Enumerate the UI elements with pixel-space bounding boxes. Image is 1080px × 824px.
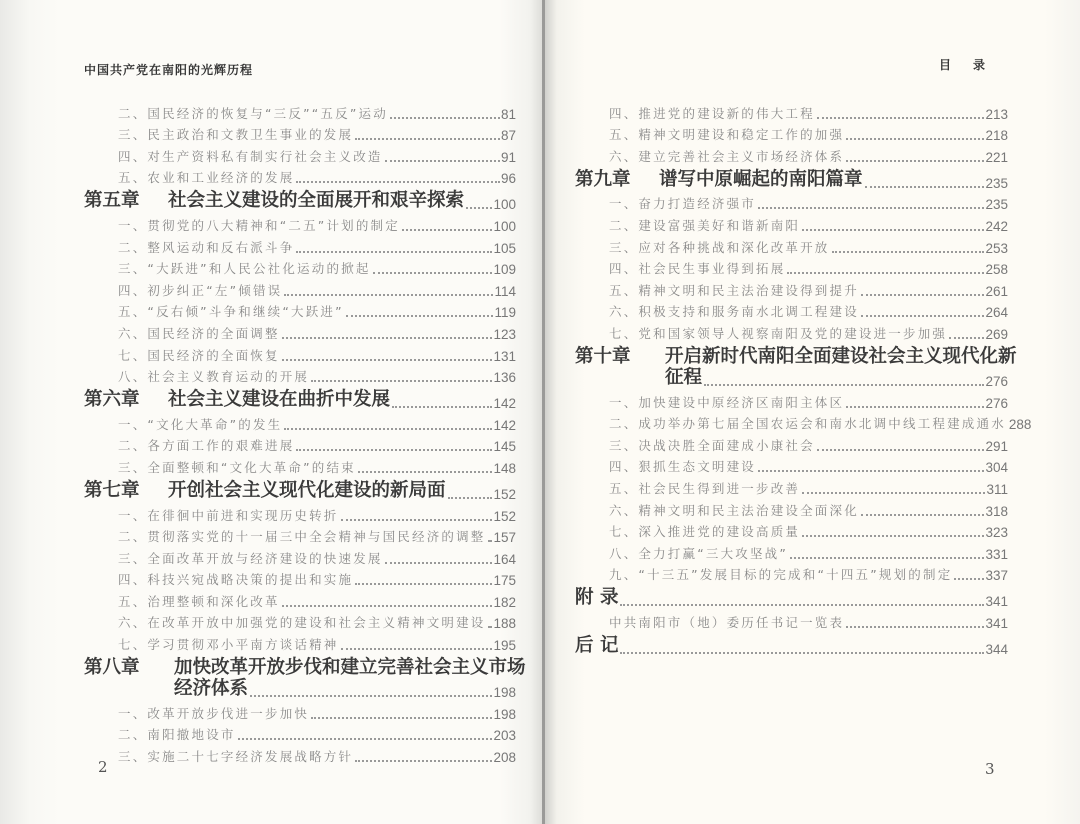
- page-ref: 269: [985, 327, 1008, 342]
- page-ref: 152: [493, 509, 516, 524]
- toc-section-entry: 五、精神文明建设和稳定工作的加强218: [575, 122, 1008, 144]
- toc-section-entry: 三、全面改革开放与经济建设的快速发展164: [84, 545, 516, 567]
- chapter-title-line1: 开启新时代南阳全面建设社会主义现代化新: [665, 346, 1017, 367]
- dot-leader: [787, 271, 984, 274]
- section-title: 一、贯彻党的八大精神和“二五”计划的制定: [118, 216, 400, 234]
- section-title: 一、奋力打造经济强市: [609, 194, 756, 212]
- page-ref: 208: [493, 750, 516, 765]
- toc-section-entry: 七、深入推进党的建设高质量323: [575, 519, 1008, 541]
- toc-section-entry: 一、“文化大革命”的发生142: [84, 411, 516, 433]
- page-ref: 276: [985, 396, 1008, 411]
- toc-section-entry: 三、“大跃进”和人民公社化运动的掀起109: [84, 256, 516, 278]
- section-title: 三、“大跃进”和人民公社化运动的掀起: [118, 259, 371, 277]
- dot-leader: [390, 116, 500, 119]
- page-ref: 221: [985, 150, 1008, 165]
- dot-leader: [311, 716, 492, 719]
- chapter-number: 第六章: [84, 385, 168, 411]
- page-ref: 131: [493, 349, 516, 364]
- dot-leader: [861, 513, 985, 516]
- dot-leader: [373, 271, 493, 274]
- page-ref: 81: [501, 107, 516, 122]
- toc-section-entry: 三、民主政治和文教卫生事业的发展87: [84, 122, 516, 144]
- toc-section-entry: 五、社会民生得到进一步改善311: [575, 475, 1008, 497]
- toc-section-entry: 一、贯彻党的八大精神和“二五”计划的制定100: [84, 212, 516, 234]
- chapter-heading-line1: 第八章加快改革开放步伐和建立完善社会主义市场: [84, 653, 516, 678]
- section-title: 四、社会民生事业得到拓展: [609, 259, 785, 277]
- dot-leader: [817, 116, 985, 119]
- toc-section-entry: 一、在徘徊中前进和实现历史转折152: [84, 502, 516, 524]
- chapter-heading-line2: 经济体系198: [84, 678, 516, 700]
- page-ref: 105: [493, 241, 516, 256]
- dot-leader: [865, 185, 985, 188]
- section-title: 二、各方面工作的艰难进展: [118, 436, 294, 454]
- section-title: 六、在改革开放中加强党的建设和社会主义精神文明建设: [118, 613, 486, 631]
- toc-section-entry: 六、建立完善社会主义市场经济体系221: [575, 143, 1008, 165]
- dot-leader: [954, 577, 984, 580]
- page-ref: 261: [985, 284, 1008, 299]
- dot-leader: [802, 228, 984, 231]
- dot-leader: [358, 470, 493, 473]
- section-title: 五、精神文明和民主法治建设得到提升: [609, 281, 859, 299]
- page-ref: 96: [501, 171, 516, 186]
- dot-leader: [282, 336, 493, 339]
- page-ref: 288: [1009, 417, 1032, 432]
- chapter-heading: 第六章社会主义建设在曲折中发展: [84, 385, 390, 411]
- dot-leader: [620, 603, 984, 606]
- dot-leader: [790, 556, 984, 559]
- section-title: 四、科技兴宛战略决策的提出和实施: [118, 570, 353, 588]
- page-ref: 235: [985, 176, 1008, 191]
- toc-section-entry: 四、初步纠正“左”倾错误114: [84, 277, 516, 299]
- toc-section-entry: 四、狠抓生态文明建设304: [575, 454, 1008, 476]
- chapter-heading-line2: 征程276: [575, 367, 1008, 389]
- page-ref: 148: [493, 461, 516, 476]
- section-title: 三、实施二十七字经济发展战略方针: [118, 747, 353, 765]
- section-title: 一、“文化大革命”的发生: [118, 415, 282, 433]
- section-title: 六、建立完善社会主义市场经济体系: [609, 147, 844, 165]
- page-ref: 142: [493, 396, 516, 411]
- section-title: 二、南阳撤地设市: [118, 725, 236, 743]
- toc-section-entry: 六、在改革开放中加强党的建设和社会主义精神文明建设188: [84, 610, 516, 632]
- page-ref: 318: [985, 504, 1008, 519]
- dot-leader: [385, 561, 493, 564]
- toc-section-entry: 四、社会民生事业得到拓展258: [575, 256, 1008, 278]
- toc-backmatter-entry: 附 录341: [575, 583, 1008, 609]
- toc-section-entry: 二、南阳撤地设市203: [84, 722, 516, 744]
- toc-section-entry: 二、各方面工作的艰难进展145: [84, 433, 516, 455]
- chapter-number: 第五章: [84, 186, 168, 212]
- chapter-title: 社会主义建设的全面展开和艰辛探索: [168, 190, 464, 211]
- dot-leader: [355, 759, 492, 762]
- page-ref: 253: [985, 241, 1008, 256]
- section-title: 三、决战决胜全面建成小康社会: [609, 436, 815, 454]
- section-title: 五、治理整顿和深化改革: [118, 592, 280, 610]
- section-title: 四、狠抓生态文明建设: [609, 457, 756, 475]
- book-spread: 中国共产党在南阳的光辉历程 二、国民经济的恢复与“三反”“五反”运动81三、民主…: [0, 0, 1080, 824]
- toc-section-entry: 五、“反右倾”斗争和继续“大跃进”119: [84, 299, 516, 321]
- section-title: 一、在徘徊中前进和实现历史转折: [118, 506, 339, 524]
- dot-leader: [949, 336, 984, 339]
- chapter-heading: 第七章开创社会主义现代化建设的新局面: [84, 476, 446, 502]
- page-ref: 109: [493, 262, 516, 277]
- toc-section-entry: 五、治理整顿和深化改革182: [84, 588, 516, 610]
- chapter-title-line2: 经济体系: [174, 674, 248, 700]
- toc-backmatter-entry: 后 记344: [575, 631, 1008, 657]
- left-page: 中国共产党在南阳的光辉历程 二、国民经济的恢复与“三反”“五反”运动81三、民主…: [0, 0, 543, 824]
- page-ref: 157: [493, 530, 516, 545]
- page-number: 3: [985, 760, 995, 778]
- page-ref: 136: [493, 370, 516, 385]
- dot-leader: [861, 293, 985, 296]
- section-title: 八、社会主义教育运动的开展: [118, 367, 309, 385]
- section-title: 二、国民经济的恢复与“三反”“五反”运动: [118, 104, 388, 122]
- page-ref: 91: [501, 150, 516, 165]
- dot-leader: [282, 604, 493, 607]
- section-title: 三、民主政治和文教卫生事业的发展: [118, 125, 353, 143]
- page-ref: 198: [493, 685, 516, 700]
- section-title: 九、“十三五”发展目标的完成和“十四五”规划的制定: [609, 565, 952, 583]
- page-ref: 258: [985, 262, 1008, 277]
- dot-leader: [620, 651, 984, 654]
- dot-leader: [346, 314, 494, 317]
- dot-leader: [488, 539, 493, 542]
- section-title: 四、初步纠正“左”倾错误: [118, 281, 282, 299]
- section-title: 七、深入推进党的建设高质量: [609, 522, 800, 540]
- dot-leader: [402, 228, 493, 231]
- running-head-contents: 目录: [939, 56, 1007, 73]
- dot-leader: [758, 206, 984, 209]
- page-ref: 114: [494, 284, 516, 299]
- toc-section-entry: 二、贯彻落实党的十一届三中全会精神与国民经济的调整157: [84, 524, 516, 546]
- toc-section-entry: 七、国民经济的全面恢复131: [84, 342, 516, 364]
- section-title: 六、国民经济的全面调整: [118, 324, 280, 342]
- toc-section-entry: 中共南阳市（地）委历任书记一览表341: [575, 609, 1008, 631]
- toc-section-entry: 四、推进党的建设新的伟大工程213: [575, 100, 1008, 122]
- toc-chapter-entry: 第八章加快改革开放步伐和建立完善社会主义市场经济体系198: [84, 653, 516, 700]
- dot-leader: [238, 737, 493, 740]
- toc-section-entry: 八、社会主义教育运动的开展136: [84, 364, 516, 386]
- dot-leader: [448, 496, 493, 499]
- page-ref: 203: [493, 728, 516, 743]
- chapter-title: 开创社会主义现代化建设的新局面: [168, 480, 446, 501]
- dot-leader: [846, 625, 984, 628]
- page-ref: 182: [493, 595, 516, 610]
- chapter-number: 第十章: [575, 342, 665, 368]
- toc-section-entry: 五、农业和工业经济的发展96: [84, 165, 516, 187]
- page-ref: 100: [493, 197, 516, 212]
- toc-section-entry: 七、学习贯彻邓小平南方谈话精神195: [84, 631, 516, 653]
- section-title: 五、精神文明建设和稳定工作的加强: [609, 125, 844, 143]
- page-ref: 164: [493, 552, 516, 567]
- toc-section-entry: 三、应对各种挑战和深化改革开放253: [575, 234, 1008, 256]
- toc-section-entry: 九、“十三五”发展目标的完成和“十四五”规划的制定337: [575, 562, 1008, 584]
- dot-leader: [385, 159, 500, 162]
- page-ref: 175: [493, 573, 516, 588]
- table-of-contents-right: 四、推进党的建设新的伟大工程213五、精神文明建设和稳定工作的加强218六、建立…: [575, 100, 1008, 657]
- dot-leader: [296, 250, 492, 253]
- backmatter-title: 后 记: [575, 631, 618, 657]
- toc-section-entry: 一、改革开放步伐进一步加快198: [84, 700, 516, 722]
- toc-section-entry: 三、决战决胜全面建成小康社会291: [575, 432, 1008, 454]
- page-ref: 276: [985, 374, 1008, 389]
- dot-leader: [296, 448, 492, 451]
- toc-chapter-entry: 第六章社会主义建设在曲折中发展142: [84, 385, 516, 411]
- dot-leader: [802, 534, 984, 537]
- page-ref: 341: [985, 594, 1008, 609]
- section-title: 一、改革开放步伐进一步加快: [118, 704, 309, 722]
- page-ref: 311: [986, 482, 1008, 497]
- dot-leader: [355, 582, 492, 585]
- toc-section-entry: 三、实施二十七字经济发展战略方针208: [84, 743, 516, 765]
- page-ref: 341: [985, 616, 1008, 631]
- page-ref: 337: [985, 568, 1008, 583]
- chapter-title-line2: 征程: [665, 363, 702, 389]
- toc-section-entry: 一、加快建设中原经济区南阳主体区276: [575, 389, 1008, 411]
- page-ref: 152: [493, 487, 516, 502]
- toc-section-entry: 二、国民经济的恢复与“三反”“五反”运动81: [84, 100, 516, 122]
- running-head-book-title: 中国共产党在南阳的光辉历程: [84, 61, 253, 78]
- page-ref: 304: [985, 460, 1008, 475]
- chapter-heading-line1: 第十章开启新时代南阳全面建设社会主义现代化新: [575, 342, 1008, 367]
- table-of-contents-left: 二、国民经济的恢复与“三反”“五反”运动81三、民主政治和文教卫生事业的发展87…: [84, 100, 516, 765]
- backmatter-title: 附 录: [575, 583, 618, 609]
- dot-leader: [284, 427, 492, 430]
- chapter-number: 第八章: [84, 653, 174, 679]
- dot-leader: [392, 405, 492, 408]
- dot-leader: [758, 469, 984, 472]
- toc-section-entry: 六、精神文明和民主法治建设全面深化318: [575, 497, 1008, 519]
- page-ref: 195: [493, 638, 516, 653]
- section-title: 二、成功举办第七届全国农运会和南水北调中线工程建成通水: [609, 414, 1006, 432]
- dot-leader: [282, 358, 493, 361]
- section-title: 五、社会民生得到进一步改善: [609, 479, 800, 497]
- section-title: 六、精神文明和民主法治建设全面深化: [609, 501, 859, 519]
- dot-leader: [846, 405, 984, 408]
- section-title: 八、全力打赢“三大攻坚战”: [609, 544, 788, 562]
- toc-section-entry: 七、党和国家领导人视察南阳及党的建设进一步加强269: [575, 320, 1008, 342]
- chapter-number: 第九章: [575, 165, 659, 191]
- section-title: 三、全面整顿和“文化大革命”的结束: [118, 458, 356, 476]
- dot-leader: [284, 293, 493, 296]
- chapter-title: 社会主义建设在曲折中发展: [168, 389, 390, 410]
- dot-leader: [802, 491, 985, 494]
- section-title: 七、学习贯彻邓小平南方谈话精神: [118, 635, 339, 653]
- toc-section-entry: 五、精神文明和民主法治建设得到提升261: [575, 277, 1008, 299]
- page-ref: 242: [985, 219, 1008, 234]
- page-number: 2: [98, 758, 108, 776]
- page-ref: 188: [493, 616, 516, 631]
- dot-leader: [846, 137, 984, 140]
- section-title: 三、全面改革开放与经济建设的快速发展: [118, 549, 383, 567]
- section-title: 二、建设富强美好和谐新南阳: [609, 216, 800, 234]
- toc-chapter-entry: 第七章开创社会主义现代化建设的新局面152: [84, 476, 516, 502]
- chapter-heading: 第九章谱写中原崛起的南阳篇章: [575, 165, 863, 191]
- chapter-title: 谱写中原崛起的南阳篇章: [659, 169, 863, 190]
- page-ref: 291: [985, 439, 1008, 454]
- dot-leader: [250, 694, 492, 697]
- section-title: 六、积极支持和服务南水北调工程建设: [609, 302, 859, 320]
- toc-section-entry: 一、奋力打造经济强市235: [575, 191, 1008, 213]
- page-ref: 145: [493, 439, 516, 454]
- dot-leader: [846, 159, 984, 162]
- page-ref: 213: [985, 107, 1008, 122]
- page-ref: 235: [985, 197, 1008, 212]
- toc-section-entry: 八、全力打赢“三大攻坚战”331: [575, 540, 1008, 562]
- page-ref: 198: [493, 707, 516, 722]
- page-ref: 119: [494, 305, 516, 320]
- section-title: 二、贯彻落实党的十一届三中全会精神与国民经济的调整: [118, 527, 486, 545]
- dot-leader: [861, 314, 985, 317]
- section-title: 中共南阳市（地）委历任书记一览表: [609, 613, 844, 631]
- toc-section-entry: 三、全面整顿和“文化大革命”的结束148: [84, 454, 516, 476]
- dot-leader: [466, 206, 492, 209]
- page-ref: 100: [493, 219, 516, 234]
- section-title: 四、推进党的建设新的伟大工程: [609, 104, 815, 122]
- dot-leader: [355, 137, 500, 140]
- page-ref: 218: [985, 128, 1008, 143]
- dot-leader: [488, 625, 493, 628]
- dot-leader: [296, 180, 500, 183]
- toc-section-entry: 六、国民经济的全面调整123: [84, 320, 516, 342]
- section-title: 五、“反右倾”斗争和继续“大跃进”: [118, 302, 344, 320]
- dot-leader: [832, 250, 985, 253]
- dot-leader: [311, 379, 492, 382]
- section-title: 二、整风运动和反右派斗争: [118, 238, 294, 256]
- section-title: 七、国民经济的全面恢复: [118, 346, 280, 364]
- page-ref: 264: [985, 305, 1008, 320]
- right-page: 目录 四、推进党的建设新的伟大工程213五、精神文明建设和稳定工作的加强218六…: [545, 0, 1080, 824]
- section-title: 四、对生产资料私有制实行社会主义改造: [118, 147, 383, 165]
- page-ref: 123: [493, 327, 516, 342]
- section-title: 五、农业和工业经济的发展: [118, 168, 294, 186]
- chapter-heading: 第五章社会主义建设的全面展开和艰辛探索: [84, 186, 464, 212]
- toc-section-entry: 四、科技兴宛战略决策的提出和实施175: [84, 567, 516, 589]
- toc-chapter-entry: 第九章谱写中原崛起的南阳篇章235: [575, 165, 1008, 191]
- chapter-number: 第七章: [84, 476, 168, 502]
- section-title: 一、加快建设中原经济区南阳主体区: [609, 393, 844, 411]
- toc-section-entry: 二、建设富强美好和谐新南阳242: [575, 212, 1008, 234]
- dot-leader: [817, 448, 985, 451]
- toc-chapter-entry: 第十章开启新时代南阳全面建设社会主义现代化新征程276: [575, 342, 1008, 389]
- toc-section-entry: 二、整风运动和反右派斗争105: [84, 234, 516, 256]
- toc-section-entry: 六、积极支持和服务南水北调工程建设264: [575, 299, 1008, 321]
- toc-chapter-entry: 第五章社会主义建设的全面展开和艰辛探索100: [84, 186, 516, 212]
- section-title: 三、应对各种挑战和深化改革开放: [609, 238, 830, 256]
- page-ref: 142: [493, 418, 516, 433]
- toc-section-entry: 四、对生产资料私有制实行社会主义改造91: [84, 143, 516, 165]
- dot-leader: [341, 647, 493, 650]
- page-ref: 331: [985, 547, 1008, 562]
- page-ref: 344: [985, 642, 1008, 657]
- dot-leader: [341, 518, 493, 521]
- section-title: 七、党和国家领导人视察南阳及党的建设进一步加强: [609, 324, 947, 342]
- page-ref: 87: [501, 128, 516, 143]
- page-ref: 323: [985, 525, 1008, 540]
- dot-leader: [704, 383, 984, 386]
- toc-section-entry: 二、成功举办第七届全国农运会和南水北调中线工程建成通水288: [575, 411, 1008, 433]
